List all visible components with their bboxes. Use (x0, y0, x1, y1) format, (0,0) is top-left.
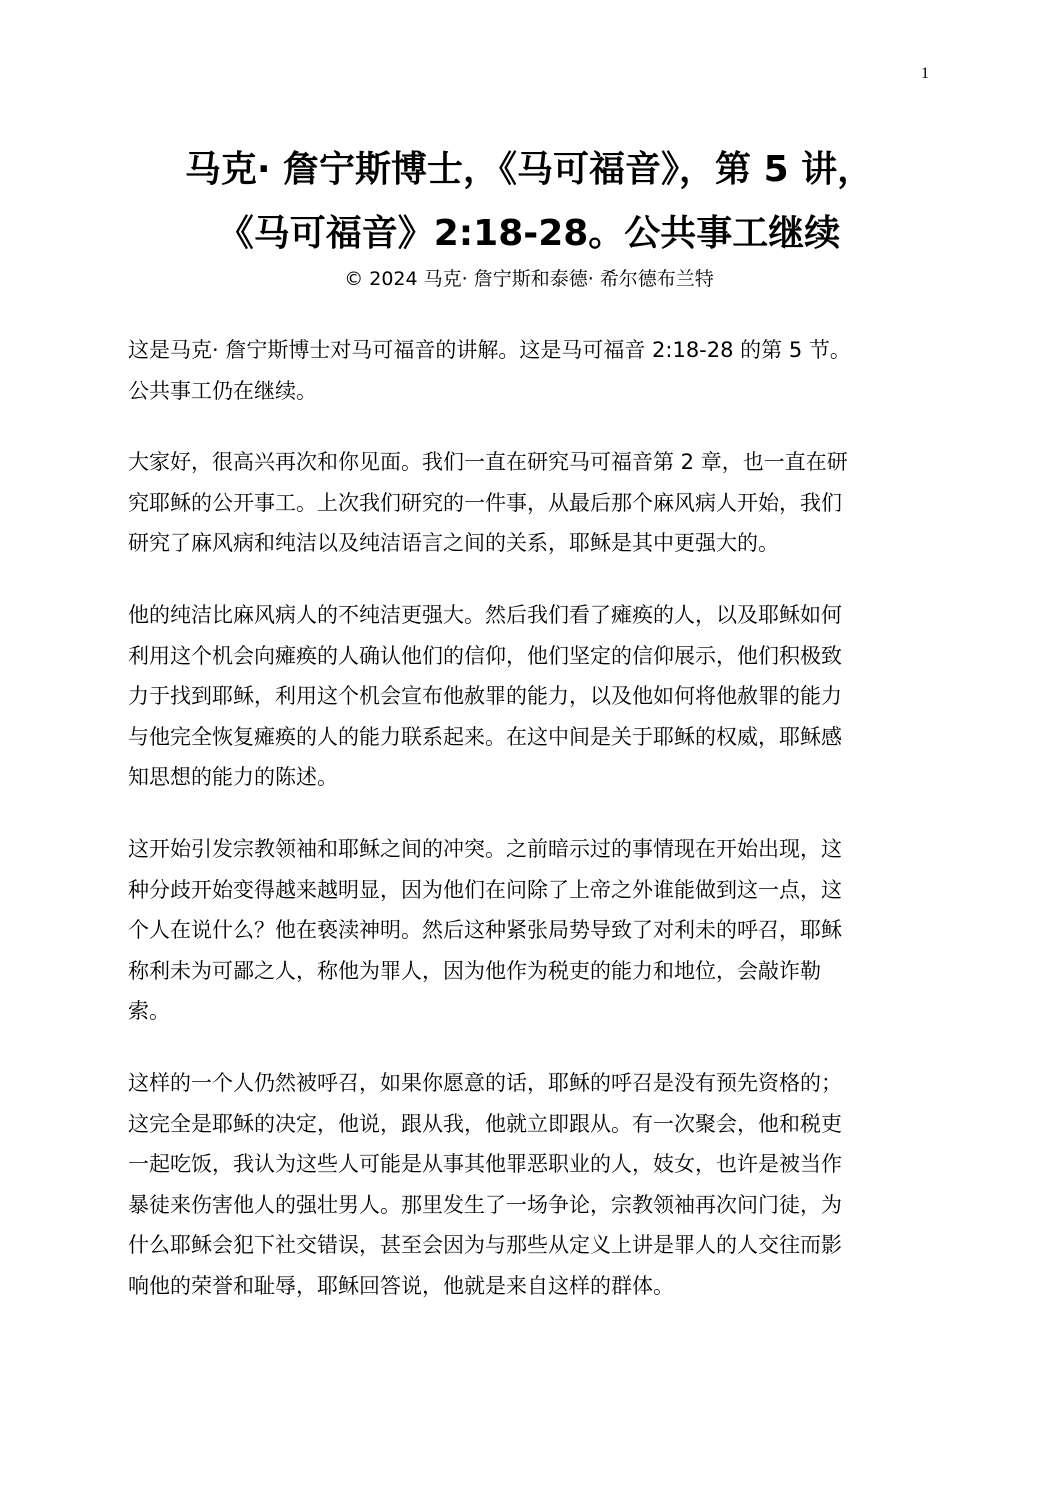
text-line: 这完全是耶稣的决定，他说，跟从我，他就立即跟从。有一次聚会，他和税吏 (128, 1104, 928, 1145)
paragraph-intro: 这是马克· 詹宁斯博士对马可福音的讲解。这是马可福音 2:18-28 的第 5 … (128, 330, 928, 411)
paragraph-calling: 这样的一个人仍然被呼召，如果你愿意的话，耶稣的呼召是没有预先资格的； 这完全是耶… (128, 1063, 928, 1307)
document-title: 马克· 詹宁斯博士，《马可福音》，第 5 讲， 《马可福音》2:18-28。公共… (100, 138, 958, 266)
text-line: 力于找到耶稣，利用这个机会宣布他赦罪的能力，以及他如何将他赦罪的能力 (128, 676, 928, 717)
text-line: 一起吃饭，我认为这些人可能是从事其他罪恶职业的人，妓女，也许是被当作 (128, 1144, 928, 1185)
text-line: 大家好，很高兴再次和你见面。我们一直在研究马可福音第 2 章，也一直在研 (128, 442, 928, 483)
text-line: 与他完全恢复瘫痪的人的能力联系起来。在这中间是关于耶稣的权威，耶稣感 (128, 717, 928, 758)
title-line-1: 马克· 詹宁斯博士，《马可福音》，第 5 讲， (100, 138, 958, 202)
text-line: 这样的一个人仍然被呼召，如果你愿意的话，耶稣的呼召是没有预先资格的； (128, 1063, 928, 1104)
text-line: 暴徒来伤害他人的强壮男人。那里发生了一场争论，宗教领袖再次问门徒，为 (128, 1185, 928, 1226)
text-line: 称利未为可鄙之人，称他为罪人，因为他作为税吏的能力和地位，会敲诈勒 (128, 951, 928, 992)
text-line: 什么耶稣会犯下社交错误，甚至会因为与那些从定义上讲是罪人的人交往而影 (128, 1225, 928, 1266)
paragraph-greeting: 大家好，很高兴再次和你见面。我们一直在研究马可福音第 2 章，也一直在研 究耶稣… (128, 442, 928, 564)
text-line: 研究了麻风病和纯洁以及纯洁语言之间的关系，耶稣是其中更强大的。 (128, 523, 928, 564)
paragraph-conflict: 这开始引发宗教领袖和耶稣之间的冲突。之前暗示过的事情现在开始出现，这 种分歧开始… (128, 829, 928, 1032)
text-line: 究耶稣的公开事工。上次我们研究的一件事，从最后那个麻风病人开始，我们 (128, 483, 928, 524)
text-line: 公共事工仍在继续。 (128, 371, 928, 412)
text-line: 利用这个机会向瘫痪的人确认他们的信仰，他们坚定的信仰展示，他们积极致 (128, 636, 928, 677)
text-line: 种分歧开始变得越来越明显，因为他们在问除了上帝之外谁能做到这一点，这 (128, 870, 928, 911)
text-line: 个人在说什么？他在亵渎神明。然后这种紧张局势导致了对利未的呼召，耶稣 (128, 910, 928, 951)
text-line: 响他的荣誉和耻辱，耶稣回答说，他就是来自这样的群体。 (128, 1266, 928, 1307)
text-line: 这是马克· 詹宁斯博士对马可福音的讲解。这是马可福音 2:18-28 的第 5 … (128, 330, 928, 371)
text-line: 索。 (128, 991, 928, 1032)
title-line-2: 《马可福音》2:18-28。公共事工继续 (100, 202, 958, 266)
text-line: 他的纯洁比麻风病人的不纯洁更强大。然后我们看了瘫痪的人，以及耶稣如何 (128, 595, 928, 636)
document-body: 这是马克· 詹宁斯博士对马可福音的讲解。这是马可福音 2:18-28 的第 5 … (128, 330, 928, 1337)
text-line: 这开始引发宗教领袖和耶稣之间的冲突。之前暗示过的事情现在开始出现，这 (128, 829, 928, 870)
copyright-notice: © 2024 马克· 詹宁斯和泰德· 希尔德布兰特 (100, 266, 958, 292)
paragraph-purity: 他的纯洁比麻风病人的不纯洁更强大。然后我们看了瘫痪的人，以及耶稣如何 利用这个机… (128, 595, 928, 798)
text-line: 知思想的能力的陈述。 (128, 757, 928, 798)
page-number: 1 (921, 64, 929, 84)
